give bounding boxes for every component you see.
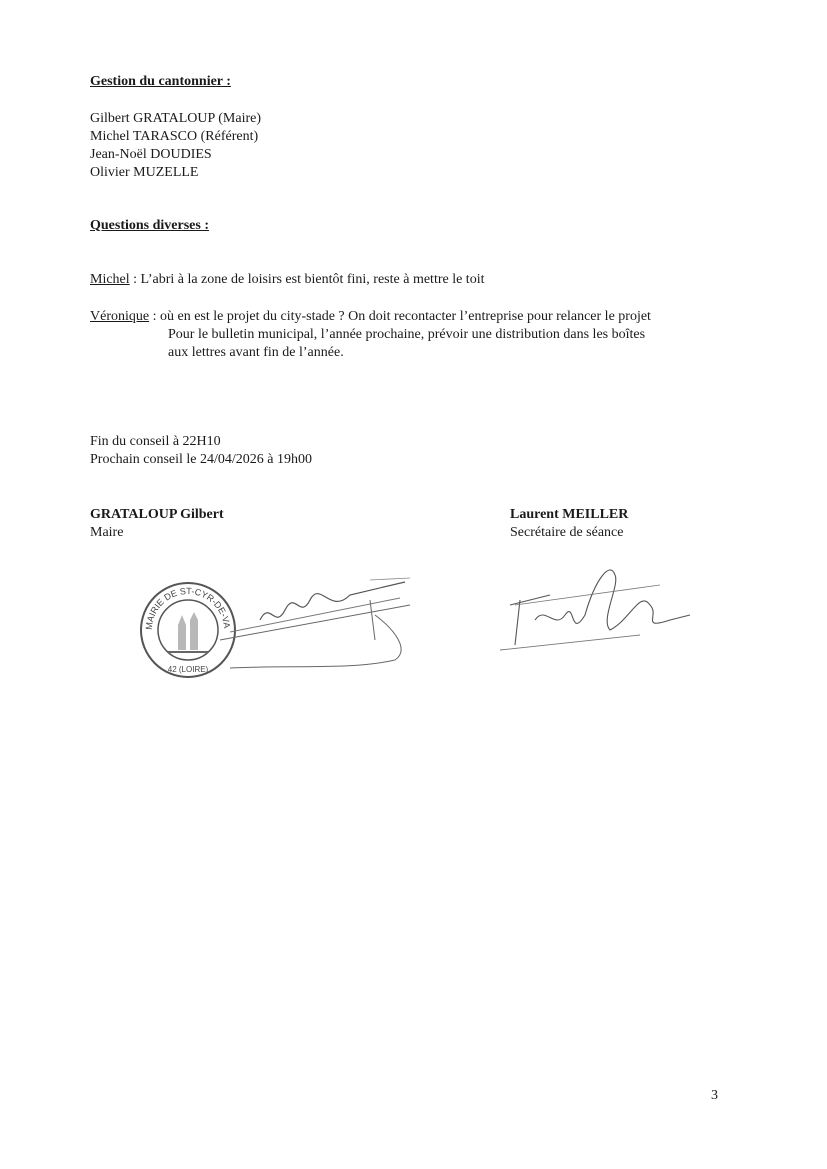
speaker-michel: Michel	[90, 272, 130, 287]
question-veronique-line: Pour le bulletin municipal, l’année proc…	[168, 326, 645, 344]
signatory-right-name: Laurent MEILLER	[510, 506, 628, 524]
speaker-veronique: Véronique	[90, 309, 149, 324]
page-number: 3	[711, 1088, 718, 1104]
cantonnier-member: Olivier MUZELLE	[90, 164, 198, 182]
secretary-signature-icon	[490, 560, 700, 660]
question-veronique-line: aux lettres avant fin de l’année.	[168, 344, 344, 362]
question-michel: Michel : L’abri à la zone de loisirs est…	[90, 271, 484, 289]
signatory-right-role: Secrétaire de séance	[510, 524, 623, 542]
cantonnier-member: Gilbert GRATALOUP (Maire)	[90, 110, 261, 128]
cantonnier-heading: Gestion du cantonnier :	[90, 74, 231, 90]
question-veronique-line: : où en est le projet du city-stade ? On…	[149, 309, 651, 324]
signatory-left-name: GRATALOUP Gilbert	[90, 506, 224, 524]
mayor-signature-icon	[200, 570, 420, 690]
next-council: Prochain conseil le 24/04/2026 à 19h00	[90, 451, 312, 469]
cantonnier-member: Michel TARASCO (Référent)	[90, 128, 258, 146]
questions-heading: Questions diverses :	[90, 218, 209, 234]
question-veronique: Véronique : où en est le projet du city-…	[90, 308, 651, 326]
cantonnier-member: Jean-Noël DOUDIES	[90, 146, 212, 164]
question-michel-text: : L’abri à la zone de loisirs est bientô…	[130, 272, 485, 287]
signatory-left-role: Maire	[90, 524, 123, 542]
council-end: Fin du conseil à 22H10	[90, 433, 221, 451]
